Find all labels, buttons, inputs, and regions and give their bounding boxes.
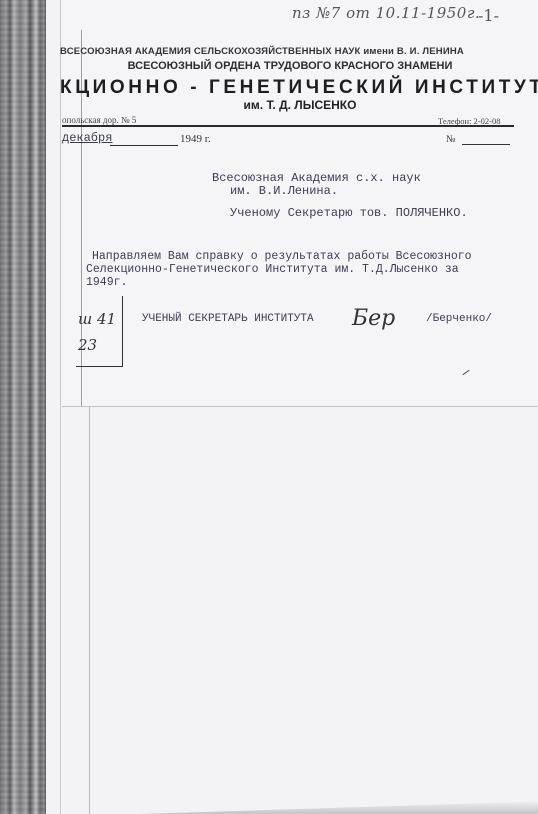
document-number-line bbox=[462, 144, 510, 145]
pencil-annotation: пз №7 от 10.11-1950г. bbox=[292, 4, 480, 22]
letterhead-order: ВСЕСОЮЗНЫЙ ОРДЕНА ТРУДОВОГО КРАСНОГО ЗНА… bbox=[90, 60, 490, 72]
page-edge-line bbox=[60, 0, 61, 814]
page-edge-line bbox=[89, 405, 90, 814]
stamp-line-1: ш 41 bbox=[78, 310, 116, 328]
addressee-line-3: Ученому Секретарю тов. ПОЛЯЧЕНКО. bbox=[230, 206, 468, 220]
addressee-line-1: Всесоюзная Академия с.х. наук bbox=[212, 171, 421, 185]
body-line-3: 1949г. bbox=[86, 276, 127, 289]
letterhead-named-after: им. Т. Д. ЛЫСЕНКО bbox=[100, 98, 500, 112]
letterhead-rule bbox=[62, 125, 514, 127]
signatory-title: УЧЕНЫЙ СЕКРЕТАРЬ ИНСТИТУТА bbox=[142, 313, 314, 325]
letterhead-institute: КЦИОННО - ГЕНЕТИЧЕСКИЙ ИНСТИТУТ bbox=[60, 77, 520, 99]
registration-stamp-box bbox=[76, 296, 123, 367]
stamp-line-2: 23 bbox=[78, 336, 97, 354]
body-line-1: Направляем Вам справку о результатах раб… bbox=[92, 250, 472, 263]
body-line-2: Селекционно-Генетического Института им. … bbox=[86, 263, 459, 276]
letterhead-academy: ВСЕСОЮЗНАЯ АКАДЕМИЯ СЕЛЬСКОХОЗЯЙСТВЕННЫХ… bbox=[60, 46, 480, 57]
document-binding bbox=[0, 0, 46, 814]
addressee-line-2: им. В.И.Ленина. bbox=[230, 184, 338, 198]
document-number-label: № bbox=[446, 134, 456, 145]
letterhead-address: опольская дор. № 5 bbox=[62, 115, 136, 125]
page-number: -1- bbox=[478, 6, 499, 25]
signatory-name: /Берченко/ bbox=[426, 313, 492, 325]
handwritten-signature: Бер bbox=[352, 306, 395, 331]
date-day-month: декабря bbox=[62, 131, 112, 145]
date-year: 1949 г. bbox=[180, 133, 211, 145]
date-underline bbox=[110, 145, 178, 146]
